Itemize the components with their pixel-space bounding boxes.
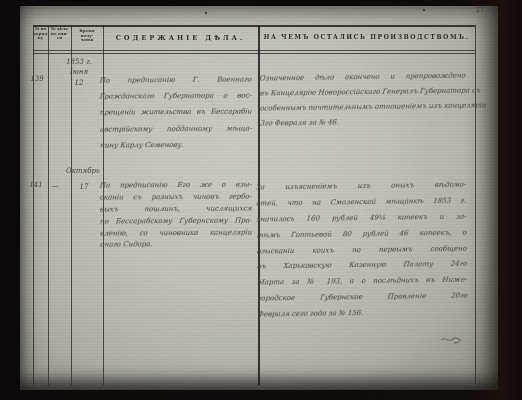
ink-flourish [440, 334, 462, 346]
table-rule-header-bottom-2 [33, 53, 475, 54]
text-line: си [48, 36, 71, 41]
column-header-case-number: № дѣлапо опи-си [48, 27, 71, 41]
column-header-number: № попоряд-ку [33, 27, 48, 41]
text-line: прещеніи жительства въ Бессарабіи [99, 104, 253, 121]
dust-speck [423, 9, 425, 11]
column-header-contents: СОДЕРЖАНІЕ ДѢЛА. [103, 25, 258, 50]
month-heading: Октябрь [66, 167, 126, 175]
entry-number: 139 [28, 75, 46, 83]
photo-of-ledger-page: 27 № попоряд-ку № дѣлапо опи-си Времяпол… [0, 0, 522, 400]
table-rule-right-edge [475, 25, 476, 385]
text-line: Февраля сего года за № 156. [257, 305, 468, 324]
entry-content-text: По предписанію Его же о взы-сканіи съ ра… [100, 179, 252, 251]
text-line: нину Карлу Семенову. [99, 136, 253, 153]
table-rule-header-bottom-1 [33, 50, 475, 51]
ledger-page: 27 № попоряд-ку № дѣлапо опи-си Времяпол… [20, 6, 498, 390]
text-line: австрійскому подданному мѣща- [99, 120, 253, 137]
entry-number: 141 [27, 181, 45, 189]
entry-date-day: 12 [60, 79, 98, 87]
text-line: По предписанію Г. Военнаго [99, 71, 253, 88]
text-line: ченія [71, 38, 103, 43]
entry-content-text: По предписанію Г. ВоеннагоГражданскаго Г… [100, 71, 253, 153]
entry-resolution-text: За изъясненіемъ изъ оныхъ вѣдомо-стей, ч… [256, 178, 468, 324]
text-line: по Бессарабскому Губернскому Пра- [99, 215, 252, 228]
column-header-date-received: Времяполу-ченія [71, 29, 103, 43]
table-rule-col1 [48, 25, 49, 385]
text-line: выхъ пошлинъ, числящихся [99, 203, 252, 216]
entry-resolution-text: Означенное дѣло окончено и препровождено… [260, 69, 467, 132]
text-line: Гражданскаго Губернатора о вос- [99, 88, 253, 105]
dust-speck [205, 12, 207, 14]
entry-date-month: Іюня [60, 68, 98, 76]
text-line: ку [33, 36, 48, 41]
text-line: онаго Сидора. [100, 239, 253, 252]
entry-date-day: 17 [72, 183, 96, 191]
text-line: По предписанію Его же о взы- [99, 179, 252, 192]
ditto-dash: — [48, 182, 62, 190]
text-line: сканіи съ разныхъ чиновъ гербо- [99, 191, 252, 204]
text-line: 3го Февраля за № 46. [260, 114, 467, 132]
entry-date-year: 1853 г. [60, 58, 98, 66]
folio-number: 27 [476, 7, 484, 14]
column-header-resolution: НА ЧЕМЪ ОСТАЛИСЬ ПРОИЗВОДСТВОМЪ. [258, 25, 475, 50]
